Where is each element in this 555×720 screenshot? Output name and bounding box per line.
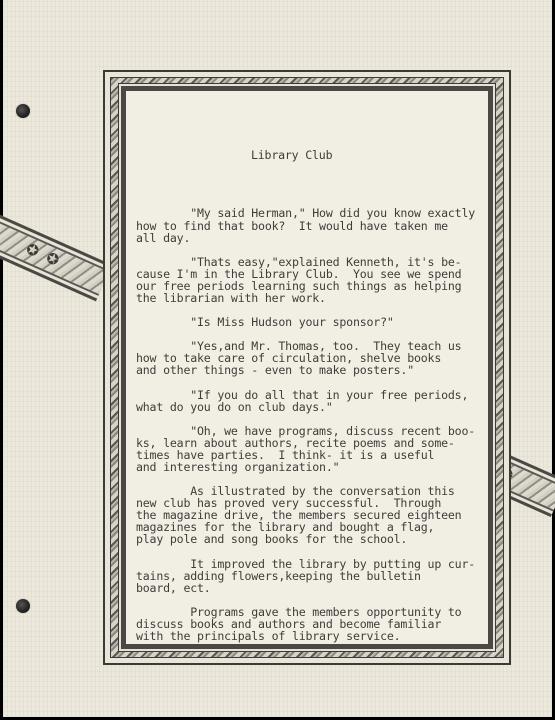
- document-body: Library Club "My said Herman," How did y…: [136, 125, 480, 678]
- paragraph: "Is Miss Hudson your sponsor?": [136, 316, 480, 328]
- text-line: all day.: [136, 232, 480, 244]
- ornamental-frame: Library Club "My said Herman," How did y…: [103, 70, 511, 665]
- paragraph: "Oh, we have programs, discuss recent bo…: [136, 425, 480, 473]
- punch-hole-bottom: [16, 599, 30, 613]
- text-line: play pole and song books for the school.: [136, 533, 480, 545]
- paragraph: "Thats easy,"explained Kenneth, it's be-…: [136, 256, 480, 304]
- text-line: "Oh, we have programs, discuss recent bo…: [136, 425, 480, 437]
- paragraph: Programs gave the members opportunity to…: [136, 606, 480, 642]
- paragraph: "If you do all that in your free periods…: [136, 389, 480, 413]
- text-line: how to find that book? It would have tak…: [136, 220, 480, 232]
- text-line: It improved the library by putting up cu…: [136, 558, 480, 570]
- text-line: what do you do on club days.": [136, 401, 480, 413]
- paragraph: As illustrated by the conversation thisn…: [136, 485, 480, 545]
- text-line: board, ect.: [136, 582, 480, 594]
- text-line: "My said Herman," How did you know exact…: [136, 207, 480, 219]
- paragraph: It improved the library by putting up cu…: [136, 558, 480, 594]
- scrapbook-page: ✪ ✪ ✪ Library Club "My said Herman," How…: [3, 0, 552, 717]
- document-title: Library Club: [251, 149, 480, 161]
- decorative-ribbon-left: ✪ ✪: [0, 214, 112, 301]
- typed-paper: Library Club "My said Herman," How did y…: [121, 86, 493, 649]
- paragraph: "Yes,and Mr. Thomas, too. They teach ush…: [136, 340, 480, 376]
- text-line: "Is Miss Hudson your sponsor?": [136, 316, 480, 328]
- text-line: and other things - even to make posters.…: [136, 364, 480, 376]
- text-line: "If you do all that in your free periods…: [136, 389, 480, 401]
- text-line: tains, adding flowers,keeping the bullet…: [136, 570, 480, 582]
- punch-hole-top: [16, 104, 30, 118]
- paragraph: "My said Herman," How did you know exact…: [136, 207, 480, 243]
- text-line: and interesting organization.": [136, 461, 480, 473]
- paragraphs: "My said Herman," How did you know exact…: [136, 207, 480, 642]
- text-line: the librarian with her work.: [136, 292, 480, 304]
- text-line: with the principals of library service.: [136, 630, 480, 642]
